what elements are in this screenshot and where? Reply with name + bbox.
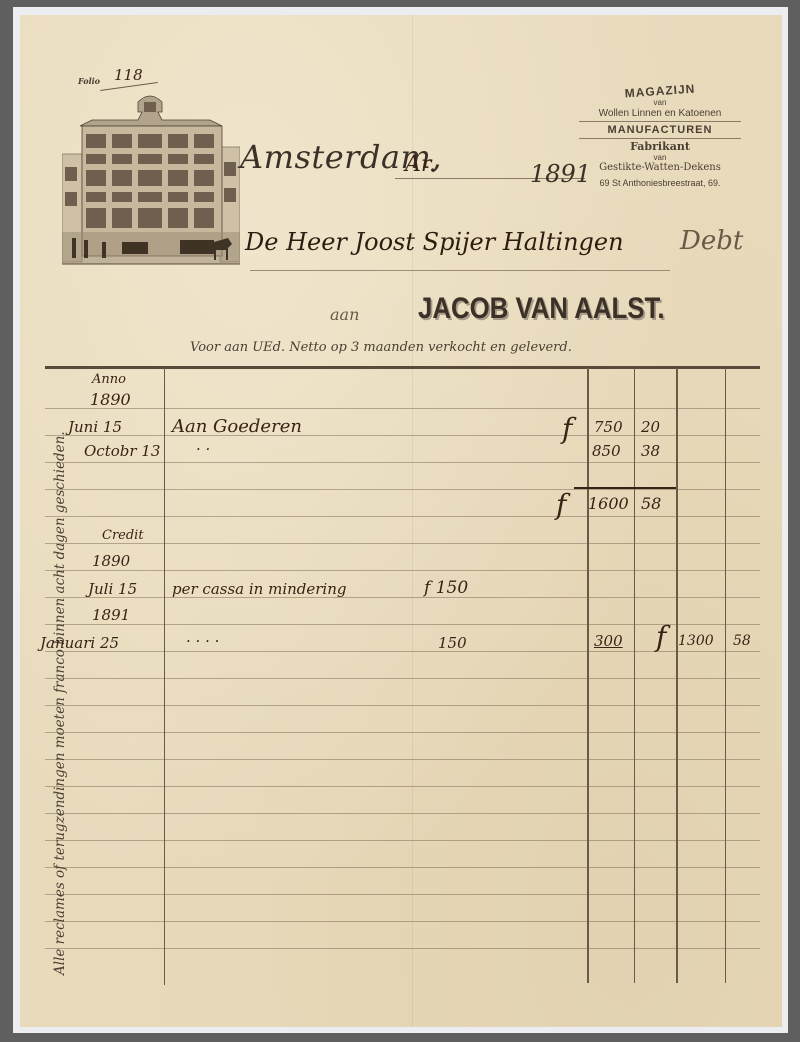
debit-total-currency: f <box>556 488 566 521</box>
ledger-rule <box>45 516 760 517</box>
company-name: JACOB VAN AALST. <box>418 292 665 326</box>
ledger-rule <box>45 570 760 571</box>
balance-currency: f <box>656 620 666 653</box>
ledger-column-divider-amount <box>587 368 589 983</box>
folio-label: Folio <box>78 76 100 86</box>
credit-label: Credit <box>102 528 144 543</box>
debit-total-rule <box>574 487 676 489</box>
folio-number: 118 <box>114 66 143 84</box>
letterhead-product-line: Gestikte-Watten-Dekens <box>565 162 755 173</box>
ledger-rule <box>45 678 760 679</box>
letterhead-goods-line: Wollen Linnen en Katoenen <box>565 108 755 119</box>
debit-row-2-date: Octobr 13 <box>84 442 160 460</box>
debit-year: 1890 <box>90 390 131 409</box>
ledger-rule <box>45 732 760 733</box>
aan-label: aan <box>330 305 359 324</box>
credit-row-2-amount: 150 <box>438 634 467 652</box>
ledger-rule <box>45 786 760 787</box>
debit-row-1-cents: 20 <box>641 418 660 436</box>
ledger-rule <box>45 462 760 463</box>
letterhead-address: 69 St Anthoniesbreestraat, 69. <box>565 178 755 188</box>
payment-terms: Voor aan UEd. Netto op 3 maanden verkoch… <box>190 340 572 355</box>
ledger-rule <box>45 894 760 895</box>
credit-row-1-amount: f 150 <box>424 578 468 598</box>
ledger-rule <box>45 489 760 490</box>
ledger-column-divider-total-cents <box>725 368 726 983</box>
ledger-rule <box>45 543 760 544</box>
debit-row-2-guilders: 850 <box>592 442 621 460</box>
ledger-column-divider-date <box>164 368 165 985</box>
credit-row-2-date: Januari 25 <box>40 634 119 652</box>
debit-row-1-date: Juni 15 <box>68 418 122 436</box>
debtor-underline <box>250 270 670 271</box>
ledger-rule <box>45 408 760 409</box>
ledger-rule <box>45 624 760 625</box>
ledger-rule <box>45 651 760 652</box>
debtor-name: De Heer Joost Spijer Haltingen <box>245 228 624 256</box>
date-month: Ar. <box>405 152 436 177</box>
ledger-top-rule <box>45 366 760 369</box>
debit-row-2-description: · · <box>196 440 210 458</box>
ledger-column-divider-cents <box>634 368 635 983</box>
debit-total-cents: 58 <box>641 494 661 513</box>
letterhead-block: MAGAZIJN van Wollen Linnen en Katoenen M… <box>565 70 755 188</box>
ledger-rule <box>45 921 760 922</box>
ledger-rule <box>45 840 760 841</box>
warehouse-building-engraving <box>62 92 240 268</box>
credit-row-1-description: per cassa in mindering <box>172 580 347 598</box>
credit-row-1-date: Juli 15 <box>88 580 137 598</box>
letterhead-van-2: van <box>565 153 755 162</box>
credit-row-2-description: · · · · <box>186 632 219 650</box>
ledger-rule <box>45 597 760 598</box>
balance-cents: 58 <box>733 633 751 649</box>
debt-label: Debt <box>680 226 743 256</box>
credit-subtotal: 300 <box>594 632 623 650</box>
ledger-column-divider-total <box>676 368 678 983</box>
returns-policy-note: Alle reclames of terugzendingen moeten f… <box>52 431 68 975</box>
ledger-rule <box>45 813 760 814</box>
ledger-rule <box>45 705 760 706</box>
debit-row-2-cents: 38 <box>641 442 660 460</box>
letterhead-fabrikant: Fabrikant <box>565 140 755 153</box>
credit-year-1890: 1890 <box>92 552 130 570</box>
ledger-rule <box>45 948 760 949</box>
anno-label: Anno <box>92 372 126 387</box>
debit-row-1-currency: f <box>562 412 572 445</box>
ledger-rule <box>45 867 760 868</box>
debit-total-guilders: 1600 <box>588 494 629 513</box>
debit-row-1-description: Aan Goederen <box>172 416 302 437</box>
balance-guilders: 1300 <box>678 633 714 649</box>
ledger-rule <box>45 759 760 760</box>
debit-row-1-guilders: 750 <box>594 418 623 436</box>
credit-year-1891: 1891 <box>92 606 130 624</box>
letterhead-manufacturen: MANUFACTUREN <box>579 121 741 139</box>
